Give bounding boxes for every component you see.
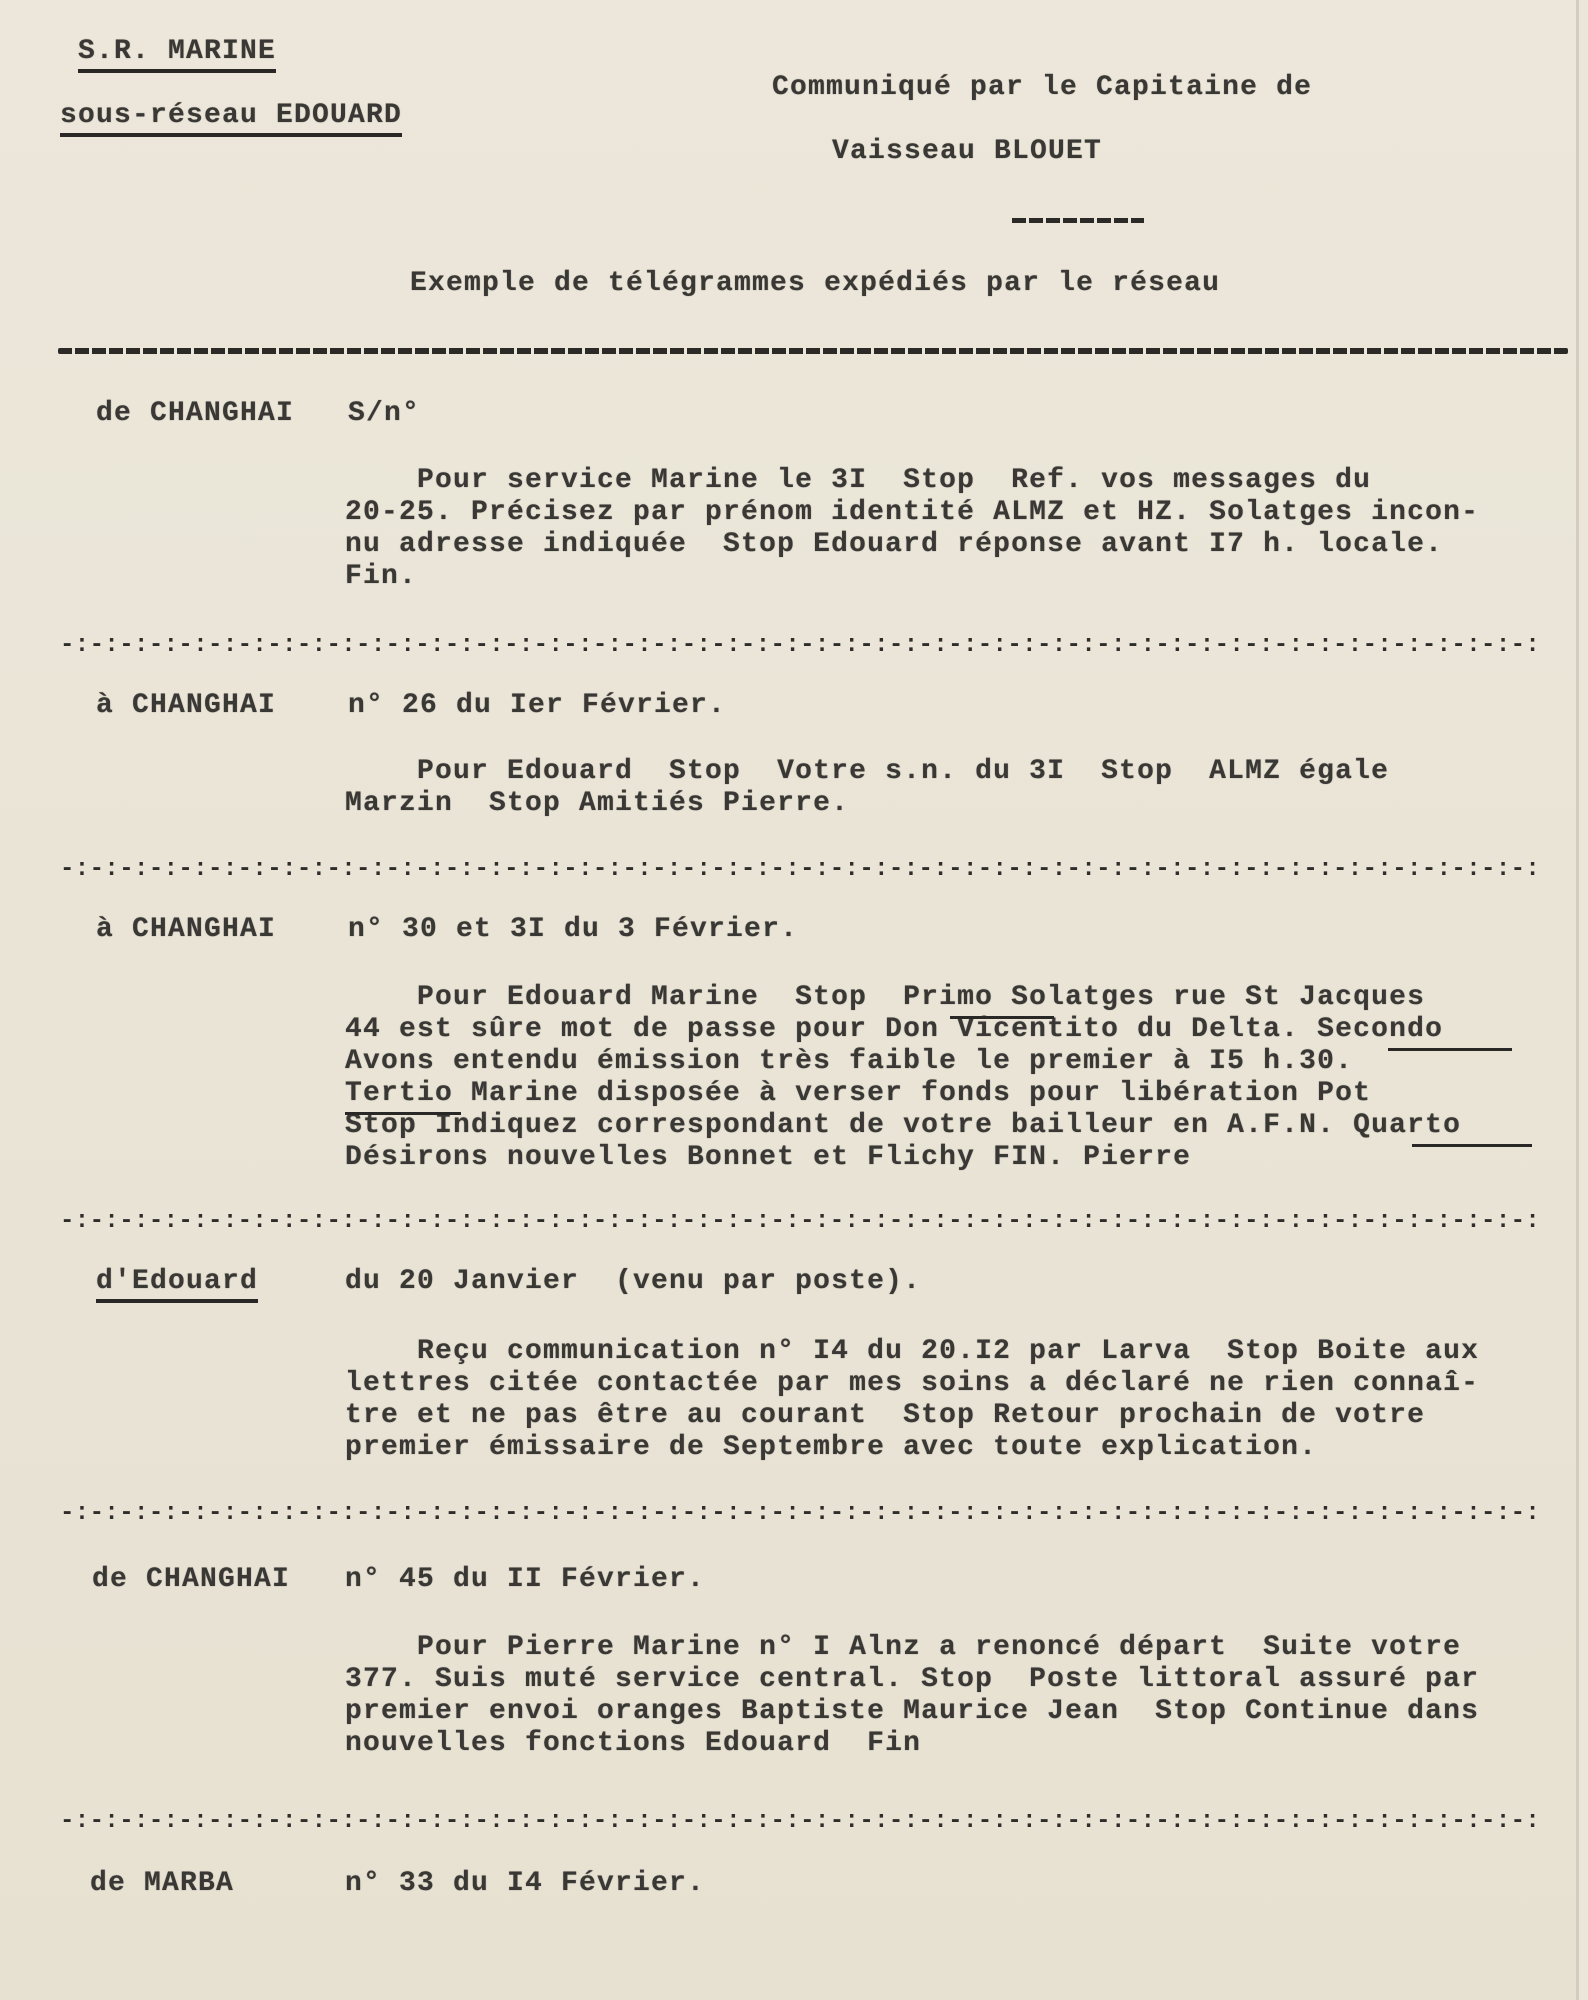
telegram-origin: de CHANGHAI xyxy=(92,1564,290,1595)
telegram-body: Pour Pierre Marine n° I Alnz a renoncé d… xyxy=(345,1632,1479,1760)
document-page: S.R. MARINE sous-réseau EDOUARD Communiq… xyxy=(0,0,1579,2000)
header-service: S.R. MARINE xyxy=(78,36,276,73)
telegram-separator: -:-:-:-:-:-:-:-:-:-:-:-:-:-:-:-:-:-:-:-:… xyxy=(60,1808,1540,1835)
telegram-body: Pour Edouard Stop Votre s.n. du 3I Stop … xyxy=(345,756,1389,820)
telegram-separator: -:-:-:-:-:-:-:-:-:-:-:-:-:-:-:-:-:-:-:-:… xyxy=(60,632,1540,659)
telegram-reference: n° 33 du I4 Février. xyxy=(345,1868,705,1899)
telegram-reference: du 20 Janvier (venu par poste). xyxy=(345,1266,921,1297)
body-line: lettres citée contactée par mes soins a … xyxy=(345,1368,1479,1400)
telegram-reference: n° 26 du Ier Février. xyxy=(348,690,726,721)
body-line: 44 est sûre mot de passe pour Don Vicent… xyxy=(345,1014,1461,1046)
body-line: Stop Indiquez correspondant de votre bai… xyxy=(345,1110,1461,1142)
body-line: Avons entendu émission très faible le pr… xyxy=(345,1046,1461,1078)
header-captain-name: Vaisseau BLOUET xyxy=(832,136,1102,167)
short-rule xyxy=(1012,218,1144,223)
telegram-reference: n° 30 et 3I du 3 Février. xyxy=(348,914,798,945)
underline-primo xyxy=(950,1016,1054,1019)
telegram-separator: -:-:-:-:-:-:-:-:-:-:-:-:-:-:-:-:-:-:-:-:… xyxy=(60,856,1540,883)
body-line: Tertio Marine disposée à verser fonds po… xyxy=(345,1078,1461,1110)
body-line: nu adresse indiquée Stop Edouard réponse… xyxy=(345,529,1479,561)
telegram-origin: à CHANGHAI xyxy=(96,690,276,721)
body-line: Pour Edouard Marine Stop Primo Solatges … xyxy=(345,982,1461,1014)
body-line: nouvelles fonctions Edouard Fin xyxy=(345,1728,1479,1760)
telegram-reference: n° 45 du II Février. xyxy=(345,1564,705,1595)
telegram-separator: -:-:-:-:-:-:-:-:-:-:-:-:-:-:-:-:-:-:-:-:… xyxy=(60,1208,1540,1235)
body-line: premier envoi oranges Baptiste Maurice J… xyxy=(345,1696,1479,1728)
header-subnetwork: sous-réseau EDOUARD xyxy=(60,100,402,137)
body-line: Marzin Stop Amitiés Pierre. xyxy=(345,788,1389,820)
underline-secondo xyxy=(1388,1048,1512,1051)
document-title: Exemple de télégrammes expédiés par le r… xyxy=(410,268,1220,299)
body-line: Pour service Marine le 3I Stop Ref. vos … xyxy=(345,465,1479,497)
body-line: 20-25. Précisez par prénom identité ALMZ… xyxy=(345,497,1479,529)
underline-tertio xyxy=(345,1112,461,1115)
body-line: Désirons nouvelles Bonnet et Flichy FIN.… xyxy=(345,1142,1461,1174)
body-line: Reçu communication n° I4 du 20.I2 par La… xyxy=(345,1336,1479,1368)
telegram-reference: S/n° xyxy=(348,398,420,429)
body-line: Fin. xyxy=(345,561,1479,593)
header-communicated-by: Communiqué par le Capitaine de xyxy=(772,72,1312,103)
body-line: tre et ne pas être au courant Stop Retou… xyxy=(345,1400,1479,1432)
underline-quarto xyxy=(1412,1144,1532,1147)
body-line: Pour Edouard Stop Votre s.n. du 3I Stop … xyxy=(345,756,1389,788)
body-line: Pour Pierre Marine n° I Alnz a renoncé d… xyxy=(345,1632,1479,1664)
telegram-origin: d'Edouard xyxy=(96,1266,258,1303)
telegram-body: Reçu communication n° I4 du 20.I2 par La… xyxy=(345,1336,1479,1464)
title-divider xyxy=(58,348,1568,354)
telegram-body: Pour Edouard Marine Stop Primo Solatges … xyxy=(345,982,1461,1174)
telegram-body: Pour service Marine le 3I Stop Ref. vos … xyxy=(345,465,1479,593)
telegram-separator: -:-:-:-:-:-:-:-:-:-:-:-:-:-:-:-:-:-:-:-:… xyxy=(60,1500,1540,1527)
telegram-origin: à CHANGHAI xyxy=(96,914,276,945)
telegram-origin: de CHANGHAI xyxy=(96,398,294,429)
body-line: premier émissaire de Septembre avec tout… xyxy=(345,1432,1479,1464)
telegram-origin: de MARBA xyxy=(90,1868,234,1899)
body-line: 377. Suis muté service central. Stop Pos… xyxy=(345,1664,1479,1696)
